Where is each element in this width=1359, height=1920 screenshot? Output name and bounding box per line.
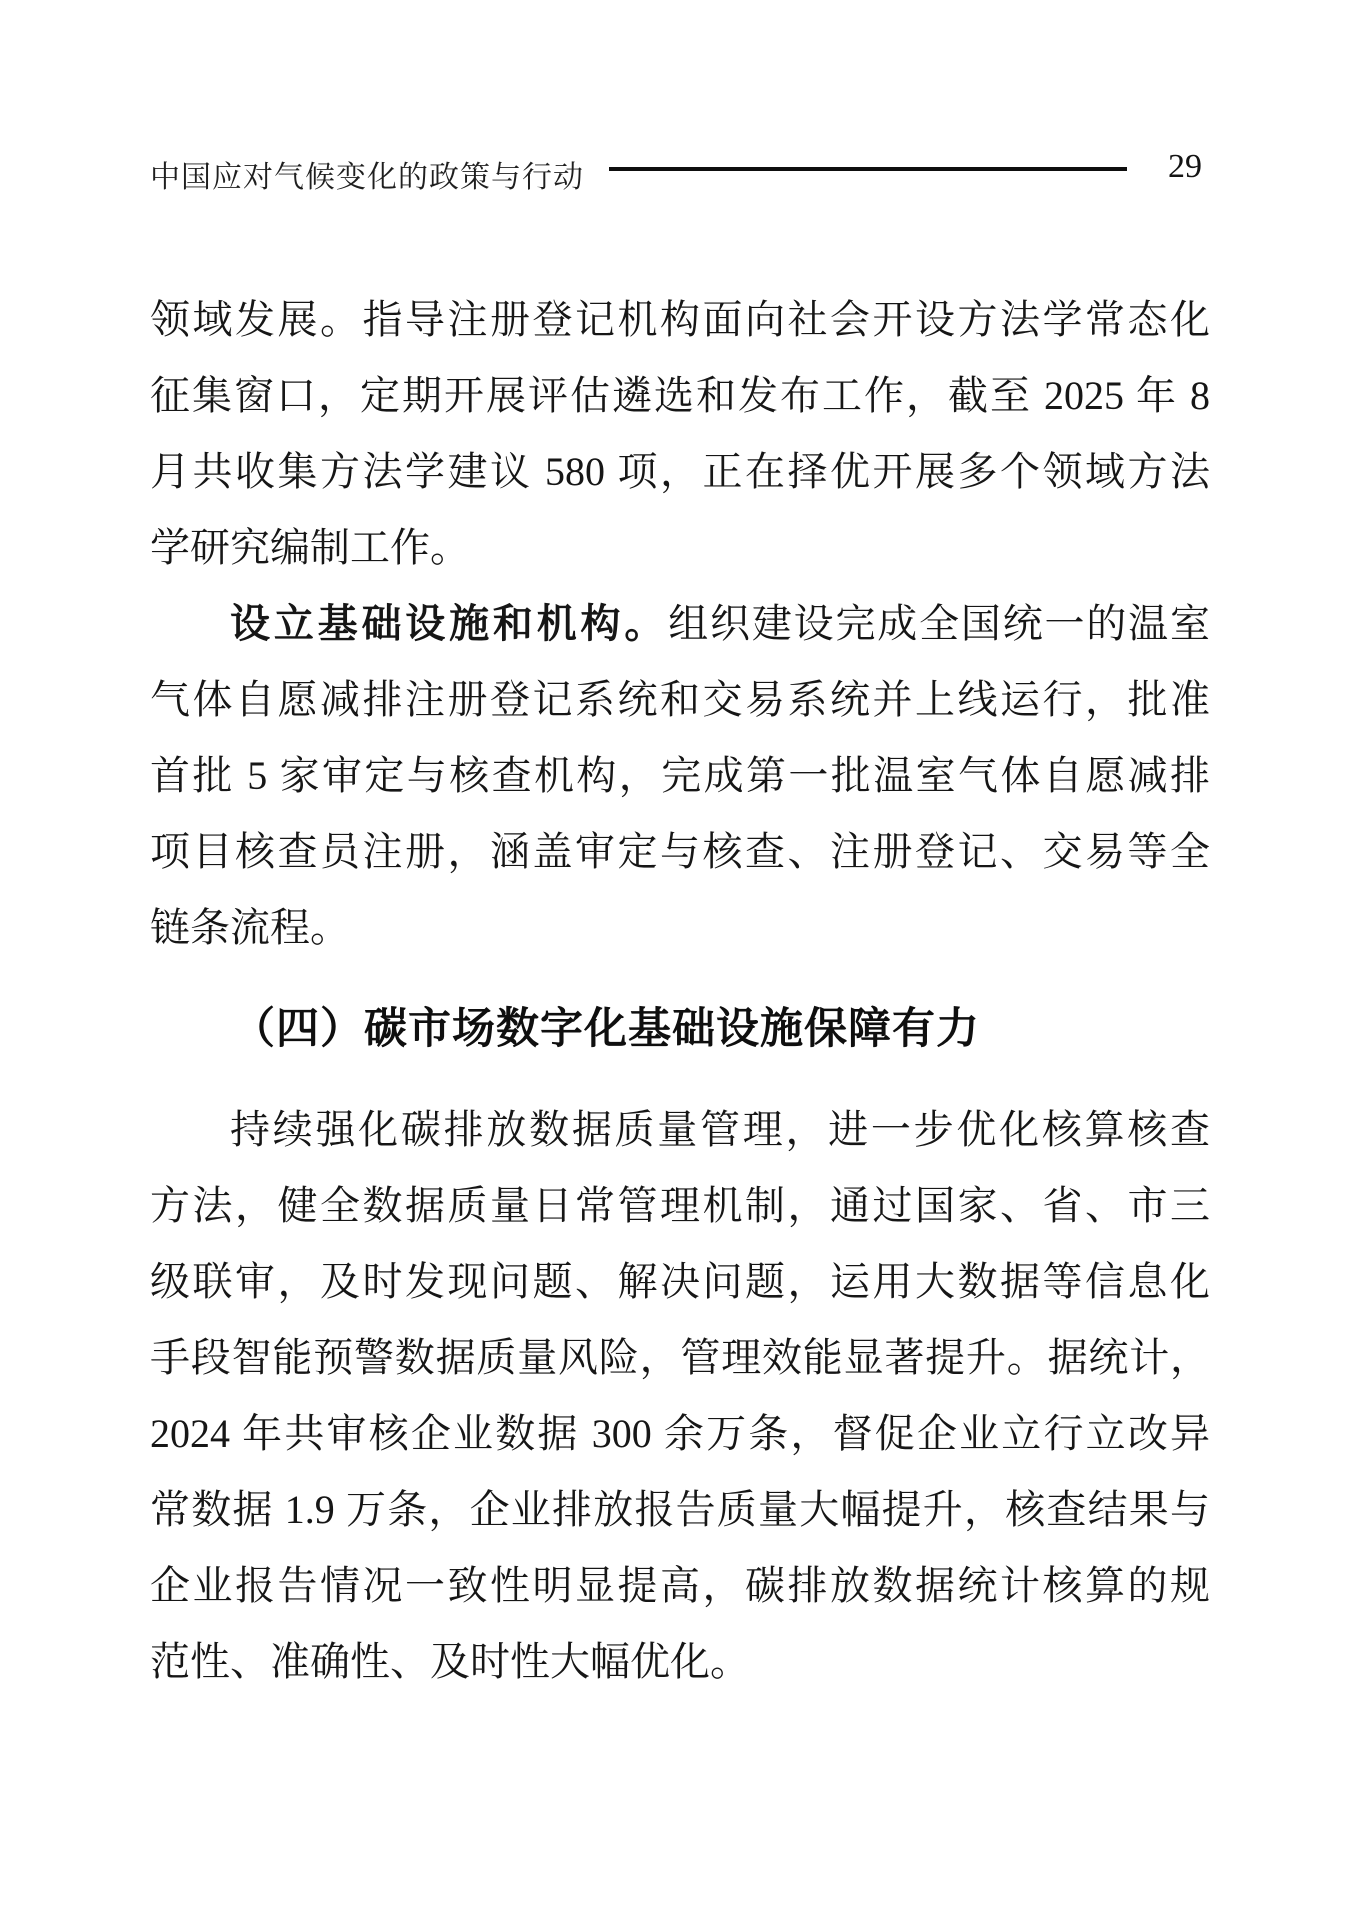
body-text: 组织建设完成全国统一的温室 bbox=[668, 601, 1210, 646]
body-text: 企业报告情况一致性明显提高，碳排放数据统计核算的规 bbox=[150, 1563, 1210, 1608]
text-line: 首批 5 家审定与核查机构，完成第一批温室气体自愿减排 bbox=[150, 738, 1210, 814]
paragraph: 设立基础设施和机构。组织建设完成全国统一的温室气体自愿减排注册登记系统和交易系统… bbox=[150, 586, 1210, 966]
body-text: 持续强化碳排放数据质量管理，进一步优化核算核查 bbox=[230, 1107, 1210, 1152]
body-text: 征集窗口，定期开展评估遴选和发布工作，截至 2025 年 8 bbox=[150, 373, 1210, 418]
header-title: 中国应对气候变化的政策与行动 bbox=[150, 152, 584, 196]
text-line: 征集窗口，定期开展评估遴选和发布工作，截至 2025 年 8 bbox=[150, 358, 1210, 434]
paragraph: 持续强化碳排放数据质量管理，进一步优化核算核查方法，健全数据质量日常管理机制，通… bbox=[150, 1092, 1210, 1700]
document-page: 中国应对气候变化的政策与行动 29 领域发展。指导注册登记机构面向社会开设方法学… bbox=[0, 0, 1359, 1920]
body-text: 范性、准确性、及时性大幅优化。 bbox=[150, 1639, 750, 1684]
body-text: 领域发展。指导注册登记机构面向社会开设方法学常态化 bbox=[150, 297, 1210, 342]
page-number: 29 bbox=[1168, 148, 1202, 186]
body-text: 链条流程。 bbox=[150, 905, 350, 950]
text-line: 范性、准确性、及时性大幅优化。 bbox=[150, 1624, 1210, 1700]
text-line: 常数据 1.9 万条，企业排放报告质量大幅提升，核查结果与 bbox=[150, 1472, 1210, 1548]
text-line: 链条流程。 bbox=[150, 890, 1210, 966]
body-text: 级联审，及时发现问题、解决问题，运用大数据等信息化 bbox=[150, 1259, 1210, 1304]
text-line: 项目核查员注册，涵盖审定与核查、注册登记、交易等全 bbox=[150, 814, 1210, 890]
body-text: 常数据 1.9 万条，企业排放报告质量大幅提升，核查结果与 bbox=[150, 1487, 1210, 1532]
text-line: 领域发展。指导注册登记机构面向社会开设方法学常态化 bbox=[150, 282, 1210, 358]
body-text: 手段智能预警数据质量风险，管理效能显著提升。据统计， bbox=[150, 1335, 1210, 1380]
body-text: 方法，健全数据质量日常管理机制，通过国家、省、市三 bbox=[150, 1183, 1210, 1228]
document-body: 领域发展。指导注册登记机构面向社会开设方法学常态化征集窗口，定期开展评估遴选和发… bbox=[150, 282, 1210, 1700]
text-line: 级联审，及时发现问题、解决问题，运用大数据等信息化 bbox=[150, 1244, 1210, 1320]
section-heading: （四）碳市场数字化基础设施保障有力 bbox=[150, 992, 1210, 1068]
body-text: 学研究编制工作。 bbox=[150, 525, 470, 570]
text-line: 方法，健全数据质量日常管理机制，通过国家、省、市三 bbox=[150, 1168, 1210, 1244]
body-text: 项目核查员注册，涵盖审定与核查、注册登记、交易等全 bbox=[150, 829, 1210, 874]
running-header: 中国应对气候变化的政策与行动 29 bbox=[150, 148, 1212, 192]
text-line: 月共收集方法学建议 580 项，正在择优开展多个领域方法 bbox=[150, 434, 1210, 510]
text-line: 学研究编制工作。 bbox=[150, 510, 1210, 586]
paragraph: 领域发展。指导注册登记机构面向社会开设方法学常态化征集窗口，定期开展评估遴选和发… bbox=[150, 282, 1210, 586]
text-line: 设立基础设施和机构。组织建设完成全国统一的温室 bbox=[150, 586, 1210, 662]
header-rule bbox=[609, 167, 1127, 171]
text-line: 持续强化碳排放数据质量管理，进一步优化核算核查 bbox=[150, 1092, 1210, 1168]
body-text: 首批 5 家审定与核查机构，完成第一批温室气体自愿减排 bbox=[150, 753, 1210, 798]
body-text: 月共收集方法学建议 580 项，正在择优开展多个领域方法 bbox=[150, 449, 1210, 494]
text-line: 2024 年共审核企业数据 300 余万条，督促企业立行立改异 bbox=[150, 1396, 1210, 1472]
text-line: 手段智能预警数据质量风险，管理效能显著提升。据统计， bbox=[150, 1320, 1210, 1396]
text-line: 气体自愿减排注册登记系统和交易系统并上线运行，批准 bbox=[150, 662, 1210, 738]
text-line: 企业报告情况一致性明显提高，碳排放数据统计核算的规 bbox=[150, 1548, 1210, 1624]
body-text: 2024 年共审核企业数据 300 余万条，督促企业立行立改异 bbox=[150, 1411, 1210, 1456]
bold-lead-text: 设立基础设施和机构。 bbox=[230, 601, 668, 646]
body-text: 气体自愿减排注册登记系统和交易系统并上线运行，批准 bbox=[150, 677, 1210, 722]
